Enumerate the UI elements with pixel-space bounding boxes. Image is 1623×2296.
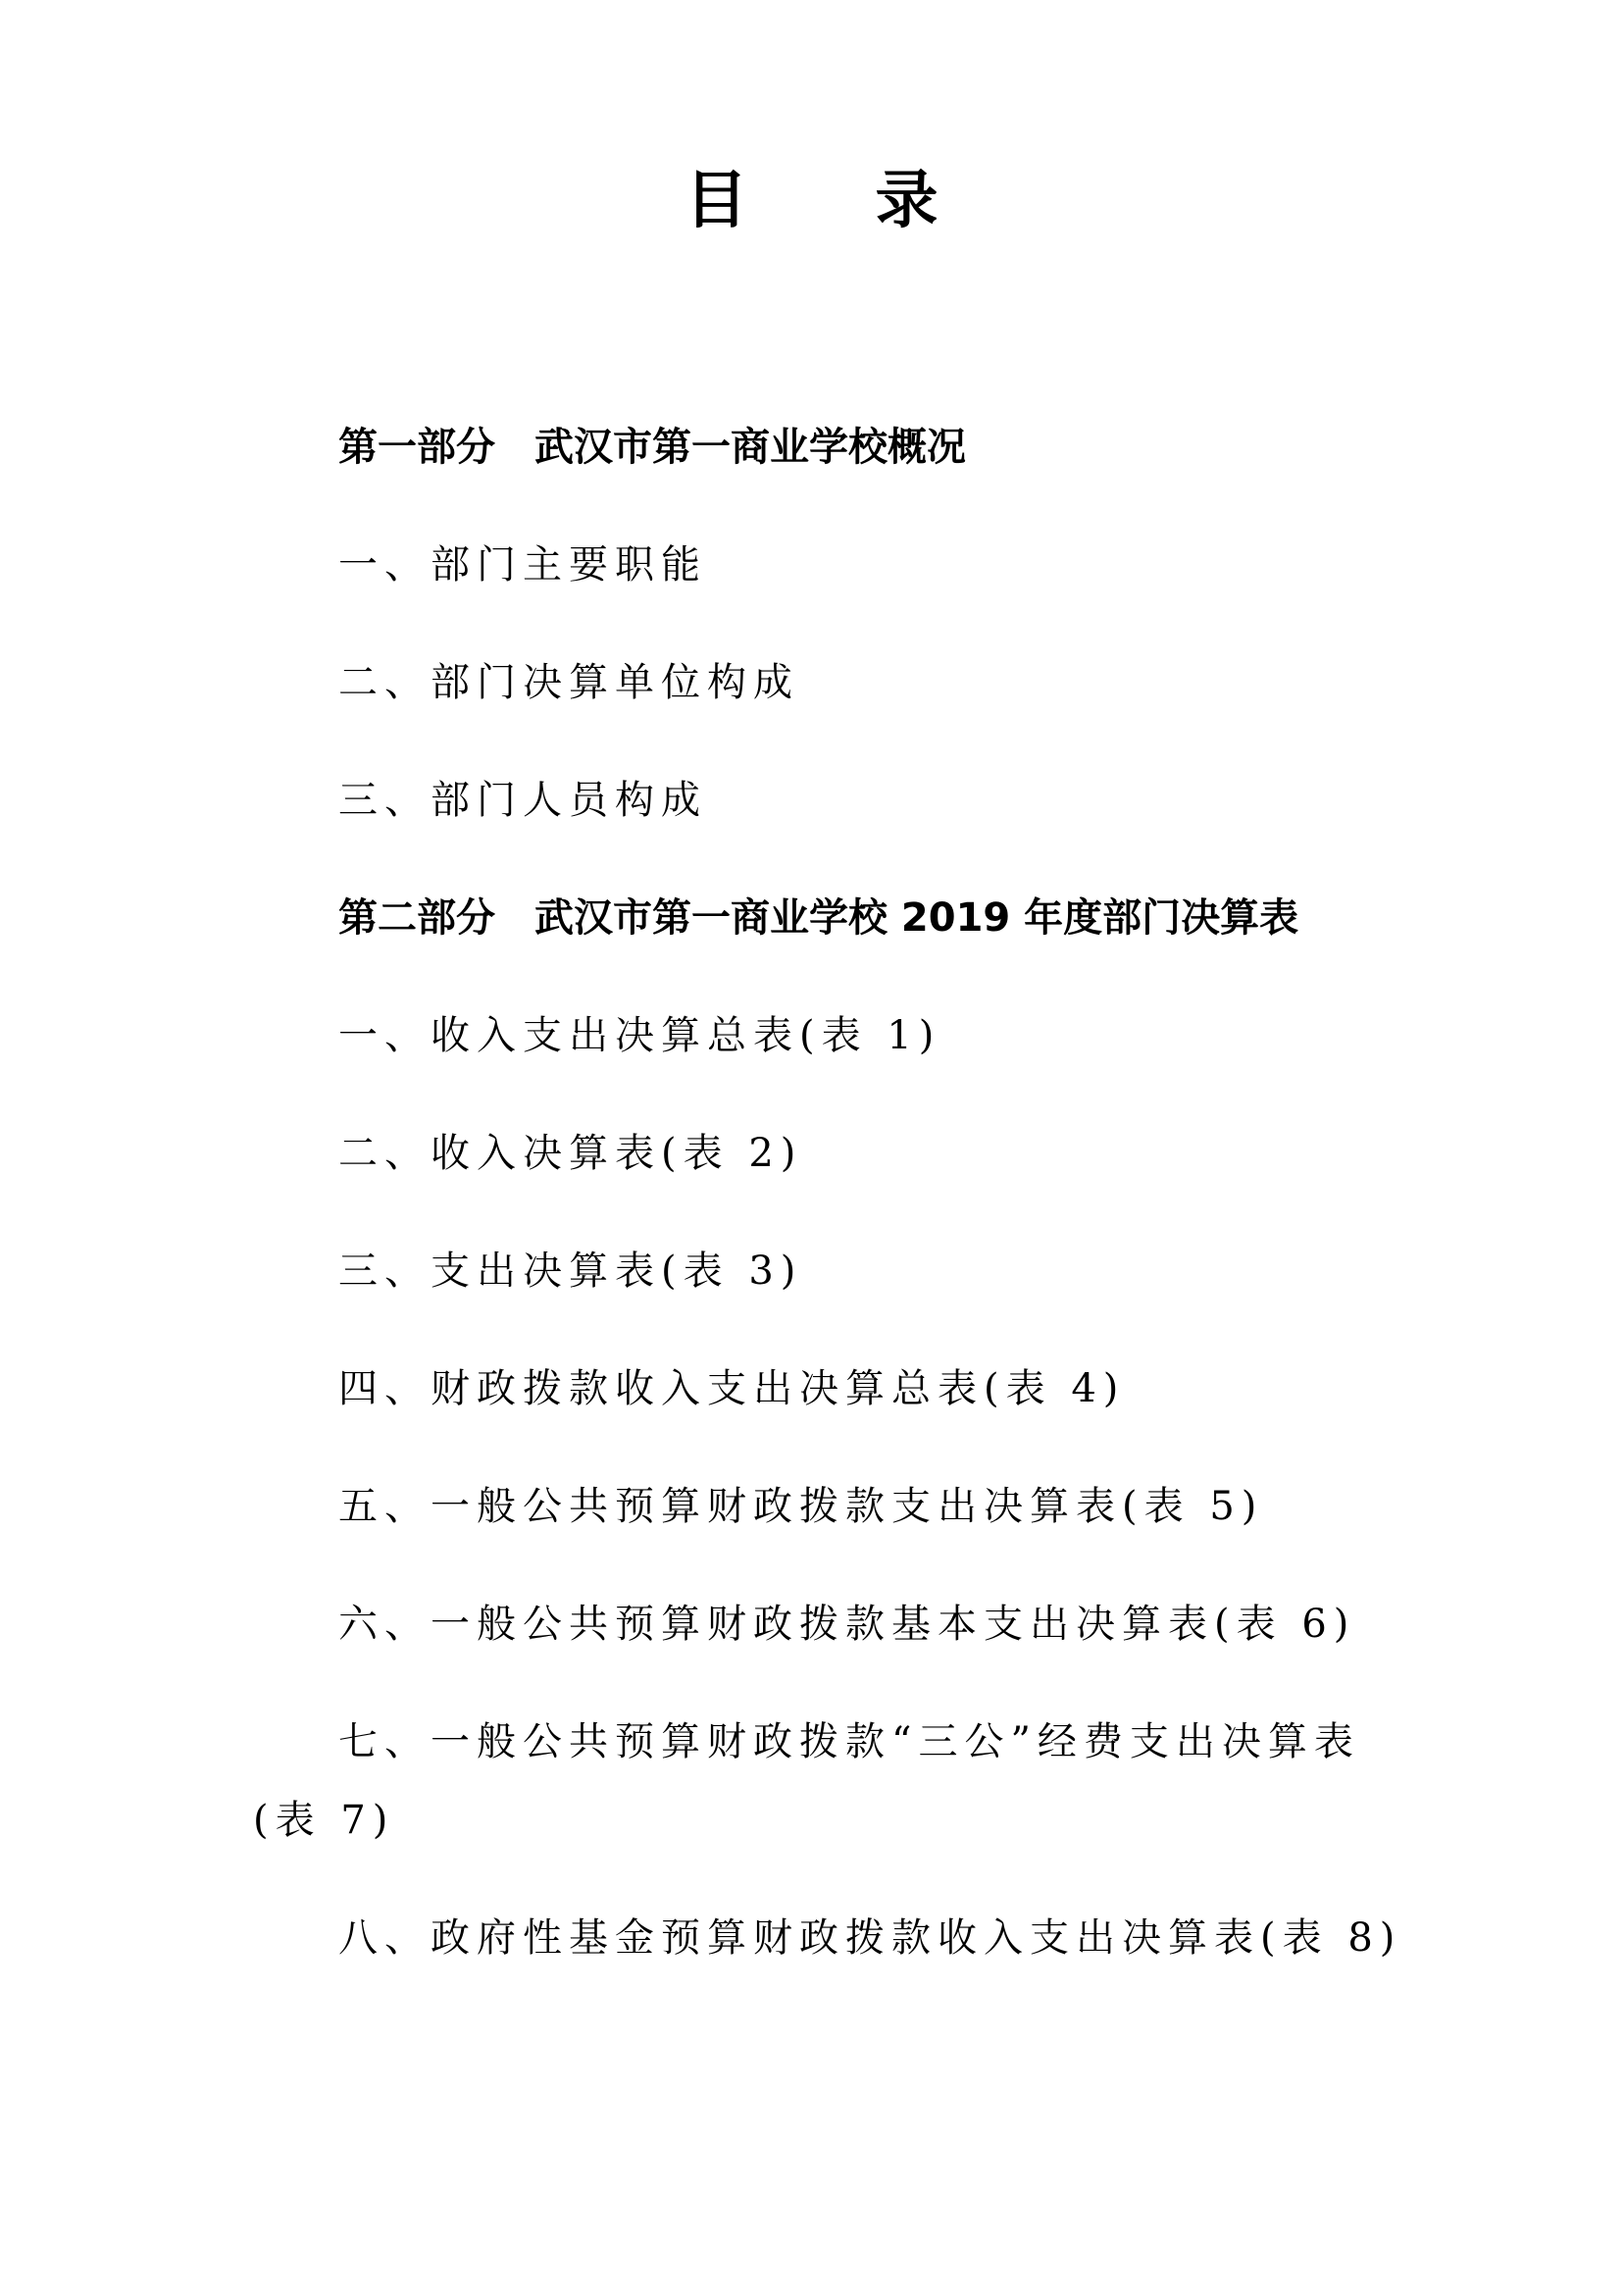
- toc-part-1-label: 第一部分: [338, 425, 495, 470]
- page-title: 目录: [0, 162, 1623, 240]
- toc-item-part2-8[interactable]: 八、政府性基金预算财政拨款收入支出决算表(表 8): [338, 1911, 1401, 1965]
- toc-item-part2-5[interactable]: 五、一般公共预算财政拨款支出决算表(表 5): [338, 1479, 1263, 1534]
- toc-item-part2-1[interactable]: 一、收入支出决算总表(表 1): [338, 1008, 940, 1063]
- toc-part-2-title: 武汉市第一商业学校 2019 年度部门决算表: [534, 895, 1298, 941]
- toc-item-part2-7-continuation[interactable]: (表 7): [253, 1793, 394, 1848]
- title-char-2: 录: [876, 165, 938, 237]
- toc-item-part2-4[interactable]: 四、财政拨款收入支出决算总表(表 4): [338, 1361, 1125, 1416]
- document-page: 目录 第一部分武汉市第一商业学校概况 一、部门主要职能 二、部门决算单位构成 三…: [0, 0, 1623, 2296]
- toc-item-part2-6[interactable]: 六、一般公共预算财政拨款基本支出决算表(表 6): [338, 1597, 1355, 1652]
- toc-part-1-title: 武汉市第一商业学校概况: [534, 425, 966, 470]
- toc-part-2-label: 第二部分: [338, 895, 495, 941]
- toc-item-part1-3[interactable]: 三、部门人员构成: [338, 773, 707, 828]
- toc-part-1-heading[interactable]: 第一部分武汉市第一商业学校概况: [338, 420, 966, 475]
- toc-item-part1-1[interactable]: 一、部门主要职能: [338, 537, 707, 592]
- toc-item-part2-7[interactable]: 七、一般公共预算财政拨款“三公”经费支出决算表: [338, 1714, 1360, 1769]
- title-char-1: 目: [685, 165, 748, 237]
- toc-part-2-heading[interactable]: 第二部分武汉市第一商业学校 2019 年度部门决算表: [338, 891, 1298, 945]
- toc-item-part2-3[interactable]: 三、支出决算表(表 3): [338, 1244, 802, 1299]
- toc-item-part2-2[interactable]: 二、收入决算表(表 2): [338, 1126, 802, 1181]
- toc-item-part1-2[interactable]: 二、部门决算单位构成: [338, 655, 799, 710]
